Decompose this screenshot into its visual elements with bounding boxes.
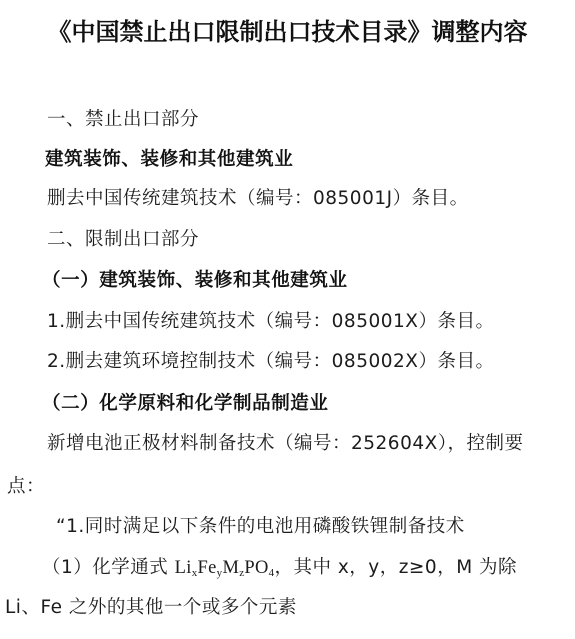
formula-fe: Fe	[198, 558, 217, 578]
condition-1-line: （1）化学通式 LixFeyMzPO4，其中 x，y，z≥0，M 为除	[42, 555, 517, 581]
item-delete-085001J: 删去中国传统建筑技术（编号：085001J）条目。	[47, 186, 469, 212]
condition-1-continuation: Li、Fe 之外的其他一个或多个元素	[5, 595, 297, 621]
paragraph-new-item-line1: 新增电池正极材料制备技术（编号：252604X），控制要	[47, 431, 524, 457]
subsection-heading-construction-restricted: （一）建筑装饰、装修和其他建筑业	[42, 268, 348, 294]
condition-1-suffix: ，其中 x，y，z≥0，M 为除	[274, 557, 517, 578]
subsection-heading-construction-prohibited: 建筑装饰、装修和其他建筑业	[45, 147, 293, 173]
section-heading-restricted: 二、限制出口部分	[47, 227, 199, 253]
formula-po: PO	[244, 558, 268, 578]
quote-line: “1.同时满足以下条件的电池用磷酸铁锂制备技术	[56, 514, 465, 540]
document-title: 《中国禁止出口限制出口技术目录》调整内容	[0, 14, 575, 50]
condition-1-prefix: （1）化学通式	[42, 557, 175, 578]
formula-li: Li	[175, 558, 192, 578]
section-heading-prohibited: 一、禁止出口部分	[47, 107, 199, 133]
document-page: 《中国禁止出口限制出口技术目录》调整内容 一、禁止出口部分 建筑装饰、装修和其他…	[0, 0, 575, 639]
subsection-heading-chemical: （二）化学原料和化学制品制造业	[42, 391, 329, 417]
item-delete-085002X: 2.删去建筑环境控制技术（编号：085002X）条目。	[47, 349, 494, 375]
item-delete-085001X: 1.删去中国传统建筑技术（编号：085001X）条目。	[47, 309, 494, 335]
chemical-formula: LixFeyMzPO4	[175, 558, 275, 578]
formula-m: M	[222, 558, 239, 578]
paragraph-new-item-line2: 点：	[7, 474, 45, 500]
